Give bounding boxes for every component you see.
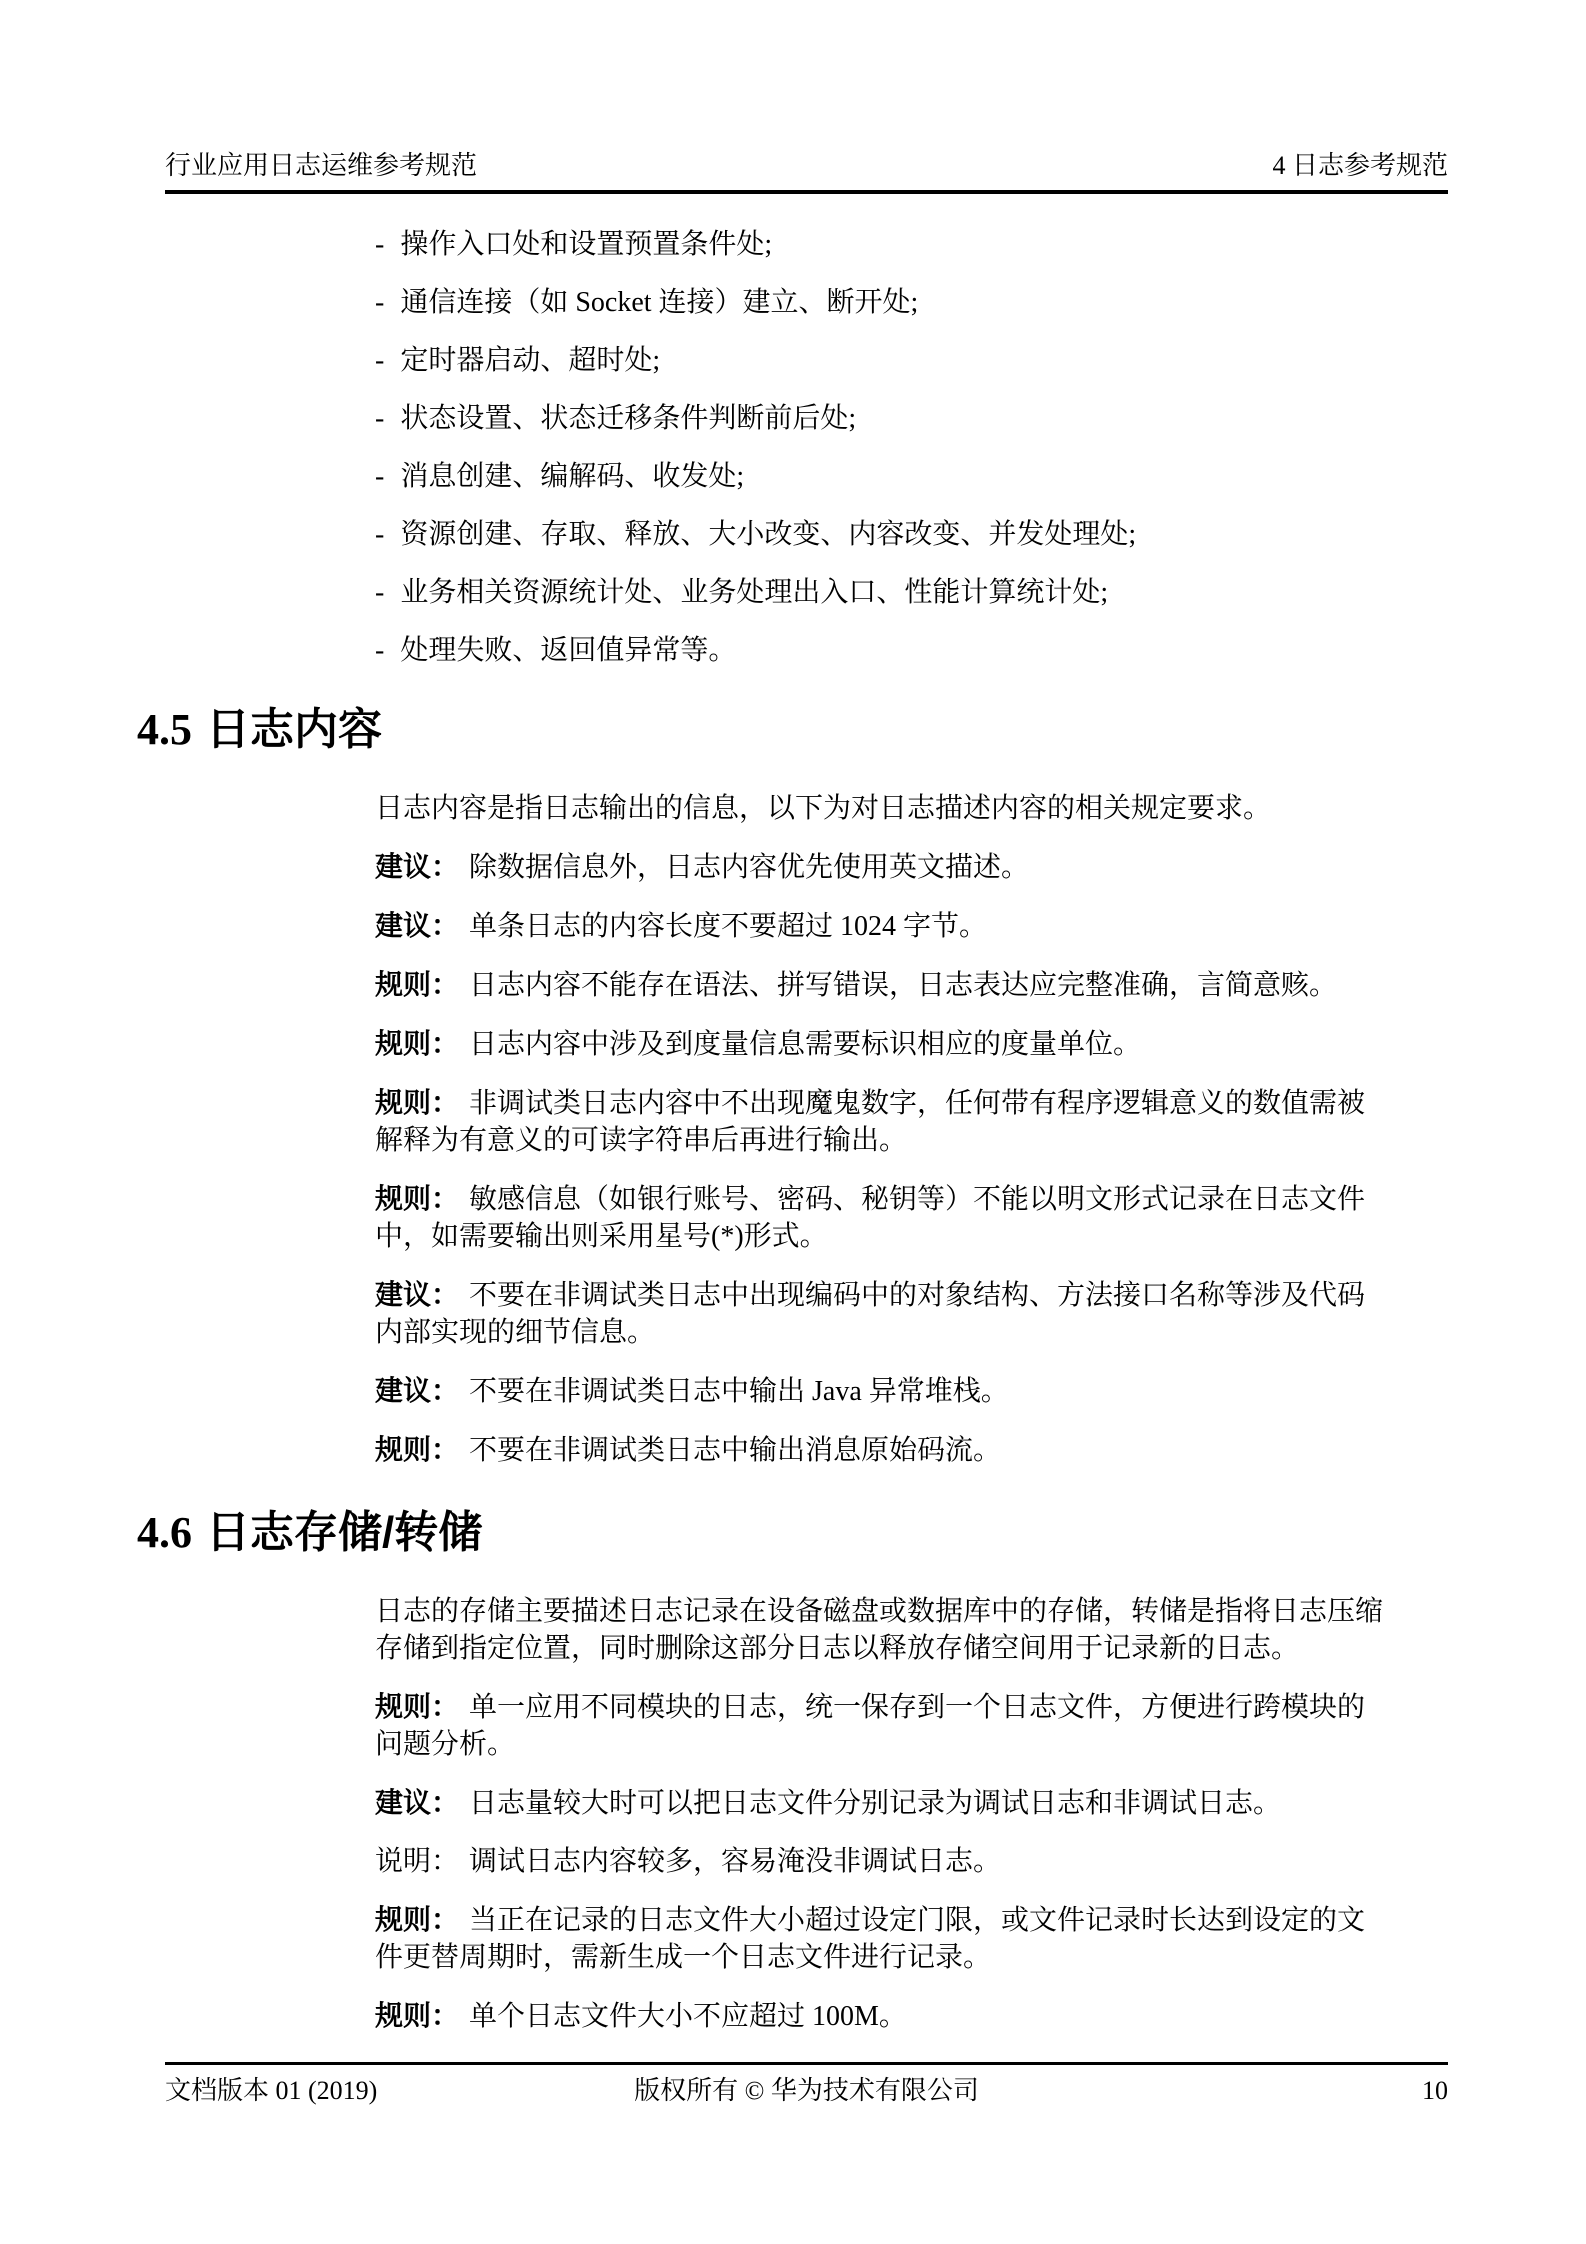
paragraph-text: 日志内容中涉及到度量信息需要标识相应的度量单位。 bbox=[469, 1029, 1141, 1060]
bullet-text: 业务相关资源统计处、业务处理出入口、性能计算统计处; bbox=[400, 578, 1108, 608]
section-heading: 4.6日志存储/转储 bbox=[137, 1507, 1390, 1559]
bullet-text: 定时器启动、超时处; bbox=[400, 346, 660, 376]
bullet-dash-icon: - bbox=[375, 578, 384, 608]
paragraph-label: 规则： bbox=[375, 2000, 459, 2031]
bullet-item: -定时器启动、超时处; bbox=[375, 346, 1390, 376]
rule-paragraph: 规则：敏感信息（如银行账号、密码、秘钥等）不能以明文形式记录在日志文件中，如需要… bbox=[375, 1180, 1390, 1255]
paragraph-label: 说明： bbox=[375, 1846, 459, 1877]
rule-paragraph: 规则：日志内容不能存在语法、拼写错误，日志表达应完整准确，言简意赅。 bbox=[375, 966, 1390, 1004]
paragraph-label: 建议： bbox=[375, 851, 459, 882]
bullet-dash-icon: - bbox=[375, 288, 384, 318]
bullet-dash-icon: - bbox=[375, 636, 384, 666]
paragraph-text: 日志内容不能存在语法、拼写错误，日志表达应完整准确，言简意赅。 bbox=[469, 970, 1337, 1001]
paragraph-text: 日志内容是指日志输出的信息，以下为对日志描述内容的相关规定要求。 bbox=[375, 793, 1271, 824]
footer-copyright: 版权所有 © 华为技术有限公司 bbox=[634, 2075, 979, 2107]
rule-paragraph: 建议：单条日志的内容长度不要超过 1024 字节。 bbox=[375, 907, 1390, 945]
bullet-text: 消息创建、编解码、收发处; bbox=[400, 462, 744, 492]
bullet-item: -通信连接（如 Socket 连接）建立、断开处; bbox=[375, 288, 1390, 318]
bullet-text: 状态设置、状态迁移条件判断前后处; bbox=[400, 404, 856, 434]
bullet-dash-icon: - bbox=[375, 520, 384, 550]
rule-paragraph: 规则：单一应用不同模块的日志，统一保存到一个日志文件，方便进行跨模块的问题分析。 bbox=[375, 1688, 1390, 1763]
bullet-item: -业务相关资源统计处、业务处理出入口、性能计算统计处; bbox=[375, 578, 1390, 608]
bullet-dash-icon: - bbox=[375, 346, 384, 376]
paragraph-label: 规则： bbox=[375, 1434, 459, 1465]
header-doc-title: 行业应用日志运维参考规范 bbox=[165, 150, 477, 182]
bullet-item: -资源创建、存取、释放、大小改变、内容改变、并发处理处; bbox=[375, 520, 1390, 550]
paragraph-label: 规则： bbox=[375, 1691, 459, 1722]
paragraph-label: 规则： bbox=[375, 1028, 459, 1059]
paragraph-text: 不要在非调试类日志中输出 Java 异常堆栈。 bbox=[469, 1376, 1009, 1407]
paragraph-label: 规则： bbox=[375, 1087, 459, 1118]
rule-paragraph: 规则：单个日志文件大小不应超过 100M。 bbox=[375, 1997, 1390, 2035]
page-header: 行业应用日志运维参考规范 4 日志参考规范 bbox=[165, 150, 1448, 194]
section-title: 日志内容 bbox=[206, 705, 382, 754]
document-body: -操作入口处和设置预置条件处;-通信连接（如 Socket 连接）建立、断开处;… bbox=[375, 230, 1390, 2056]
paragraph-label: 规则： bbox=[375, 1183, 459, 1214]
paragraph-text: 不要在非调试类日志中输出消息原始码流。 bbox=[469, 1435, 1001, 1466]
paragraph-text: 日志的存储主要描述日志记录在设备磁盘或数据库中的存储，转储是指将日志压缩存储到指… bbox=[375, 1596, 1383, 1664]
bullet-dash-icon: - bbox=[375, 462, 384, 492]
paragraph-label: 规则： bbox=[375, 969, 459, 1000]
bullet-item: -消息创建、编解码、收发处; bbox=[375, 462, 1390, 492]
paragraph-label: 规则： bbox=[375, 1904, 459, 1935]
paragraph-text: 单条日志的内容长度不要超过 1024 字节。 bbox=[469, 911, 987, 942]
page-footer: 文档版本 01 (2019) 版权所有 © 华为技术有限公司 10 bbox=[165, 2062, 1448, 2107]
bullet-text: 处理失败、返回值异常等。 bbox=[400, 636, 736, 666]
bullet-item: -状态设置、状态迁移条件判断前后处; bbox=[375, 404, 1390, 434]
bullet-text: 资源创建、存取、释放、大小改变、内容改变、并发处理处; bbox=[400, 520, 1136, 550]
rule-paragraph: 建议：不要在非调试类日志中出现编码中的对象结构、方法接口名称等涉及代码内部实现的… bbox=[375, 1276, 1390, 1351]
paragraph-label: 建议： bbox=[375, 1787, 459, 1818]
paragraph-text: 单一应用不同模块的日志，统一保存到一个日志文件，方便进行跨模块的问题分析。 bbox=[375, 1692, 1365, 1760]
paragraph-text: 调试日志内容较多，容易淹没非调试日志。 bbox=[469, 1846, 1001, 1877]
rule-paragraph: 说明：调试日志内容较多，容易淹没非调试日志。 bbox=[375, 1843, 1390, 1880]
bullet-dash-icon: - bbox=[375, 230, 384, 260]
paragraph-text: 非调试类日志内容中不出现魔鬼数字，任何带有程序逻辑意义的数值需被解释为有意义的可… bbox=[375, 1088, 1365, 1156]
paragraph-text: 除数据信息外，日志内容优先使用英文描述。 bbox=[469, 852, 1029, 883]
paragraph-text: 单个日志文件大小不应超过 100M。 bbox=[469, 2001, 907, 2032]
rule-paragraph: 建议：不要在非调试类日志中输出 Java 异常堆栈。 bbox=[375, 1372, 1390, 1410]
rule-paragraph: 建议：日志量较大时可以把日志文件分别记录为调试日志和非调试日志。 bbox=[375, 1784, 1390, 1822]
paragraph-text: 敏感信息（如银行账号、密码、秘钥等）不能以明文形式记录在日志文件中，如需要输出则… bbox=[375, 1184, 1365, 1252]
paragraph-label: 建议： bbox=[375, 910, 459, 941]
rule-paragraph: 规则：当正在记录的日志文件大小超过设定门限，或文件记录时长达到设定的文件更替周期… bbox=[375, 1901, 1390, 1976]
paragraph-text: 日志量较大时可以把日志文件分别记录为调试日志和非调试日志。 bbox=[469, 1788, 1281, 1819]
paragraph-text: 不要在非调试类日志中出现编码中的对象结构、方法接口名称等涉及代码内部实现的细节信… bbox=[375, 1280, 1365, 1348]
bullet-item: -操作入口处和设置预置条件处; bbox=[375, 230, 1390, 260]
rule-paragraph: 规则：日志内容中涉及到度量信息需要标识相应的度量单位。 bbox=[375, 1025, 1390, 1063]
bullet-dash-icon: - bbox=[375, 404, 384, 434]
footer-doc-version: 文档版本 01 (2019) bbox=[165, 2075, 634, 2107]
body-paragraph: 日志内容是指日志输出的信息，以下为对日志描述内容的相关规定要求。 bbox=[375, 790, 1390, 827]
bullet-list: -操作入口处和设置预置条件处;-通信连接（如 Socket 连接）建立、断开处;… bbox=[375, 230, 1390, 666]
section-title: 日志存储/转储 bbox=[206, 1508, 482, 1557]
body-paragraph: 日志的存储主要描述日志记录在设备磁盘或数据库中的存储，转储是指将日志压缩存储到指… bbox=[375, 1593, 1390, 1667]
paragraph-label: 建议： bbox=[375, 1279, 459, 1310]
paragraph-text: 当正在记录的日志文件大小超过设定门限，或文件记录时长达到设定的文件更替周期时，需… bbox=[375, 1905, 1365, 1973]
bullet-item: -处理失败、返回值异常等。 bbox=[375, 636, 1390, 666]
rule-paragraph: 规则：非调试类日志内容中不出现魔鬼数字，任何带有程序逻辑意义的数值需被解释为有意… bbox=[375, 1084, 1390, 1159]
footer-page-number: 10 bbox=[979, 2075, 1448, 2107]
bullet-text: 通信连接（如 Socket 连接）建立、断开处; bbox=[400, 288, 918, 318]
rule-paragraph: 建议：除数据信息外，日志内容优先使用英文描述。 bbox=[375, 848, 1390, 886]
section-number: 4.5 bbox=[137, 705, 192, 754]
bullet-text: 操作入口处和设置预置条件处; bbox=[400, 230, 772, 260]
section-heading: 4.5日志内容 bbox=[137, 704, 1390, 756]
paragraph-label: 建议： bbox=[375, 1375, 459, 1406]
rule-paragraph: 规则：不要在非调试类日志中输出消息原始码流。 bbox=[375, 1431, 1390, 1469]
header-chapter-title: 4 日志参考规范 bbox=[1272, 150, 1448, 182]
section-number: 4.6 bbox=[137, 1508, 192, 1557]
